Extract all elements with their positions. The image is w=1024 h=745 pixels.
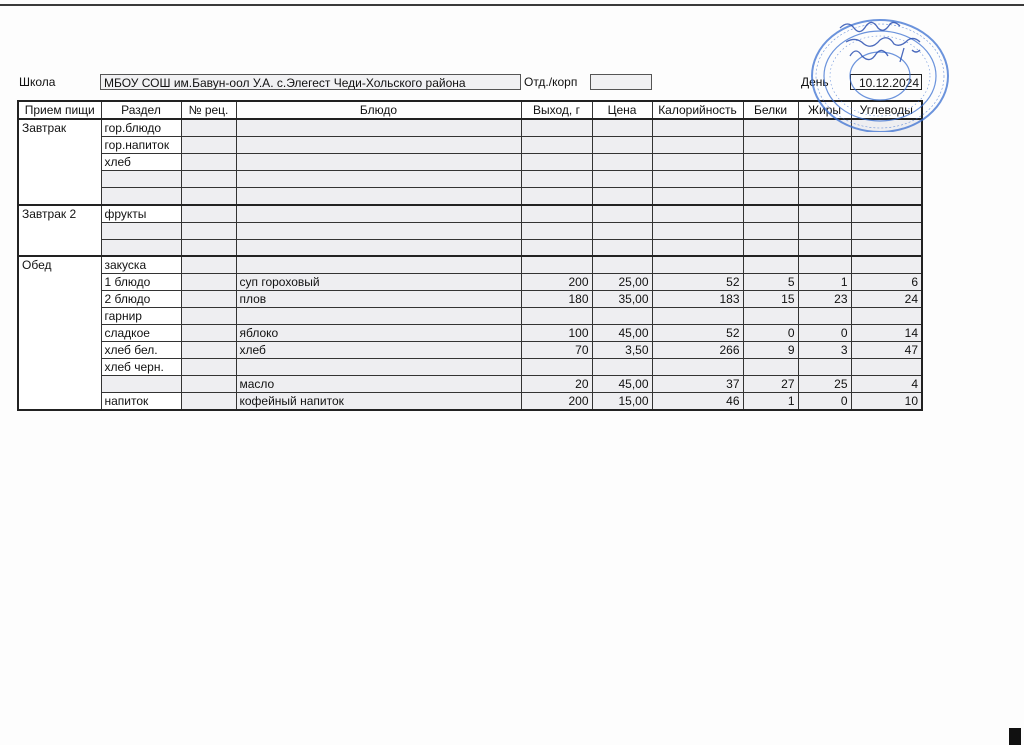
meal-cell: Завтрак <box>18 119 101 205</box>
fat-cell: 0 <box>798 325 851 342</box>
calories-cell: 37 <box>652 376 743 393</box>
col-header-price: Цена <box>592 101 652 119</box>
dish-cell <box>236 188 521 205</box>
calories-cell: 52 <box>652 274 743 291</box>
protein-cell <box>743 359 798 376</box>
recipe-cell <box>181 205 236 223</box>
carbs-cell <box>851 308 922 325</box>
menu-table-body: Завтракгор.блюдогор.напитокхлебЗавтрак 2… <box>18 119 922 410</box>
price-cell: 25,00 <box>592 274 652 291</box>
protein-cell <box>743 137 798 154</box>
section-cell: 1 блюдо <box>101 274 181 291</box>
fat-cell <box>798 119 851 137</box>
yield-cell <box>521 256 592 274</box>
protein-cell <box>743 188 798 205</box>
yield-cell <box>521 359 592 376</box>
col-header-protein: Белки <box>743 101 798 119</box>
page-top-rule <box>0 4 1024 6</box>
carbs-cell <box>851 359 922 376</box>
fat-cell <box>798 188 851 205</box>
calories-cell <box>652 256 743 274</box>
protein-cell: 5 <box>743 274 798 291</box>
fat-cell: 0 <box>798 393 851 411</box>
section-cell: 2 блюдо <box>101 291 181 308</box>
calories-cell <box>652 188 743 205</box>
recipe-cell <box>181 359 236 376</box>
table-row: гор.напиток <box>18 137 922 154</box>
col-header-meal: Прием пищи <box>18 101 101 119</box>
table-row: гарнир <box>18 308 922 325</box>
section-cell: фрукты <box>101 205 181 223</box>
protein-cell <box>743 154 798 171</box>
calories-cell <box>652 222 743 239</box>
calories-cell <box>652 308 743 325</box>
protein-cell <box>743 308 798 325</box>
price-cell: 35,00 <box>592 291 652 308</box>
recipe-cell <box>181 239 236 256</box>
dish-cell: суп гороховый <box>236 274 521 291</box>
dish-cell <box>236 171 521 188</box>
calories-cell: 52 <box>652 325 743 342</box>
recipe-cell <box>181 188 236 205</box>
price-cell <box>592 205 652 223</box>
table-row: сладкоеяблоко10045,00520014 <box>18 325 922 342</box>
calories-cell <box>652 171 743 188</box>
dish-cell <box>236 239 521 256</box>
recipe-cell <box>181 222 236 239</box>
yield-cell <box>521 308 592 325</box>
recipe-cell <box>181 154 236 171</box>
section-cell <box>101 376 181 393</box>
protein-cell: 15 <box>743 291 798 308</box>
dish-cell <box>236 119 521 137</box>
section-cell <box>101 222 181 239</box>
yield-cell: 100 <box>521 325 592 342</box>
recipe-cell <box>181 171 236 188</box>
yield-cell: 70 <box>521 342 592 359</box>
col-header-section: Раздел <box>101 101 181 119</box>
carbs-cell <box>851 205 922 223</box>
school-field: МБОУ СОШ им.Бавун-оол У.А. с.Элегест Чед… <box>100 74 521 90</box>
section-cell: напиток <box>101 393 181 411</box>
carbs-cell <box>851 256 922 274</box>
recipe-cell <box>181 274 236 291</box>
price-cell: 45,00 <box>592 325 652 342</box>
carbs-cell <box>851 188 922 205</box>
dish-cell <box>236 256 521 274</box>
protein-cell: 1 <box>743 393 798 411</box>
menu-table: Прием пищи Раздел № рец. Блюдо Выход, г … <box>17 100 923 411</box>
yield-cell <box>521 222 592 239</box>
calories-cell <box>652 239 743 256</box>
protein-cell <box>743 256 798 274</box>
calories-cell: 46 <box>652 393 743 411</box>
dish-cell <box>236 308 521 325</box>
yield-cell: 200 <box>521 274 592 291</box>
table-row: масло2045,003727254 <box>18 376 922 393</box>
fat-cell <box>798 308 851 325</box>
section-cell: хлеб <box>101 154 181 171</box>
fat-cell <box>798 222 851 239</box>
protein-cell: 27 <box>743 376 798 393</box>
dept-label: Отд./корп <box>524 74 577 90</box>
dept-field <box>590 74 652 90</box>
col-header-fat: Жиры <box>798 101 851 119</box>
recipe-cell <box>181 256 236 274</box>
price-cell <box>592 137 652 154</box>
recipe-cell <box>181 376 236 393</box>
section-cell: гор.напиток <box>101 137 181 154</box>
carbs-cell <box>851 239 922 256</box>
dish-cell: плов <box>236 291 521 308</box>
recipe-cell <box>181 342 236 359</box>
recipe-cell <box>181 308 236 325</box>
col-header-recipe: № рец. <box>181 101 236 119</box>
table-row <box>18 188 922 205</box>
yield-cell <box>521 188 592 205</box>
yield-cell: 180 <box>521 291 592 308</box>
section-cell <box>101 239 181 256</box>
table-row: Завтрак 2фрукты <box>18 205 922 223</box>
table-row: напитоккофейный напиток20015,00461010 <box>18 393 922 411</box>
price-cell <box>592 171 652 188</box>
protein-cell <box>743 205 798 223</box>
col-header-carbs: Углеводы <box>851 101 922 119</box>
section-cell: хлеб черн. <box>101 359 181 376</box>
yield-cell: 200 <box>521 393 592 411</box>
dish-cell <box>236 222 521 239</box>
yield-cell <box>521 239 592 256</box>
carbs-cell: 24 <box>851 291 922 308</box>
fat-cell <box>798 359 851 376</box>
table-row: хлеб бел.хлеб703,502669347 <box>18 342 922 359</box>
dish-cell <box>236 205 521 223</box>
yield-cell <box>521 119 592 137</box>
carbs-cell <box>851 171 922 188</box>
yield-cell <box>521 171 592 188</box>
protein-cell: 0 <box>743 325 798 342</box>
carbs-cell <box>851 154 922 171</box>
protein-cell <box>743 171 798 188</box>
calories-cell <box>652 205 743 223</box>
carbs-cell <box>851 222 922 239</box>
carbs-cell: 4 <box>851 376 922 393</box>
meal-cell: Завтрак 2 <box>18 205 101 257</box>
section-cell: гор.блюдо <box>101 119 181 137</box>
carbs-cell <box>851 137 922 154</box>
section-cell: сладкое <box>101 325 181 342</box>
day-label: День <box>801 74 829 90</box>
fat-cell <box>798 239 851 256</box>
section-cell: закуска <box>101 256 181 274</box>
calories-cell <box>652 119 743 137</box>
protein-cell <box>743 239 798 256</box>
price-cell <box>592 256 652 274</box>
table-row: Завтракгор.блюдо <box>18 119 922 137</box>
price-cell: 45,00 <box>592 376 652 393</box>
recipe-cell <box>181 325 236 342</box>
price-cell <box>592 239 652 256</box>
table-row: Обедзакуска <box>18 256 922 274</box>
col-header-dish: Блюдо <box>236 101 521 119</box>
calories-cell <box>652 154 743 171</box>
dish-cell: масло <box>236 376 521 393</box>
table-row <box>18 171 922 188</box>
col-header-yield: Выход, г <box>521 101 592 119</box>
fat-cell <box>798 171 851 188</box>
school-label: Школа <box>19 74 55 90</box>
calories-cell <box>652 137 743 154</box>
price-cell: 3,50 <box>592 342 652 359</box>
table-row: 2 блюдоплов18035,00183152324 <box>18 291 922 308</box>
fat-cell: 25 <box>798 376 851 393</box>
fat-cell <box>798 137 851 154</box>
section-cell <box>101 171 181 188</box>
carbs-cell: 47 <box>851 342 922 359</box>
recipe-cell <box>181 291 236 308</box>
yield-cell <box>521 205 592 223</box>
price-cell <box>592 154 652 171</box>
price-cell <box>592 222 652 239</box>
carbs-cell <box>851 119 922 137</box>
fat-cell: 3 <box>798 342 851 359</box>
dish-cell: яблоко <box>236 325 521 342</box>
recipe-cell <box>181 137 236 154</box>
table-row: хлеб черн. <box>18 359 922 376</box>
section-cell <box>101 188 181 205</box>
carbs-cell: 14 <box>851 325 922 342</box>
carbs-cell: 10 <box>851 393 922 411</box>
protein-cell <box>743 119 798 137</box>
dish-cell <box>236 359 521 376</box>
price-cell <box>592 359 652 376</box>
table-row: хлеб <box>18 154 922 171</box>
section-cell: гарнир <box>101 308 181 325</box>
recipe-cell <box>181 393 236 411</box>
day-field: 10.12.2024 <box>850 74 922 90</box>
calories-cell: 183 <box>652 291 743 308</box>
price-cell <box>592 308 652 325</box>
fat-cell <box>798 205 851 223</box>
calories-cell <box>652 359 743 376</box>
recipe-cell <box>181 119 236 137</box>
col-header-calories: Калорийность <box>652 101 743 119</box>
carbs-cell: 6 <box>851 274 922 291</box>
fat-cell: 23 <box>798 291 851 308</box>
protein-cell: 9 <box>743 342 798 359</box>
yield-cell <box>521 137 592 154</box>
table-header-row: Прием пищи Раздел № рец. Блюдо Выход, г … <box>18 101 922 119</box>
dish-cell: хлеб <box>236 342 521 359</box>
section-cell: хлеб бел. <box>101 342 181 359</box>
meal-cell: Обед <box>18 256 101 410</box>
protein-cell <box>743 222 798 239</box>
fat-cell: 1 <box>798 274 851 291</box>
price-cell <box>592 119 652 137</box>
scan-corner-mark <box>1009 728 1021 745</box>
dish-cell <box>236 137 521 154</box>
table-row <box>18 239 922 256</box>
yield-cell <box>521 154 592 171</box>
price-cell <box>592 188 652 205</box>
price-cell: 15,00 <box>592 393 652 411</box>
yield-cell: 20 <box>521 376 592 393</box>
table-row: 1 блюдосуп гороховый20025,0052516 <box>18 274 922 291</box>
dish-cell: кофейный напиток <box>236 393 521 411</box>
dish-cell <box>236 154 521 171</box>
fat-cell <box>798 256 851 274</box>
calories-cell: 266 <box>652 342 743 359</box>
table-row <box>18 222 922 239</box>
fat-cell <box>798 154 851 171</box>
